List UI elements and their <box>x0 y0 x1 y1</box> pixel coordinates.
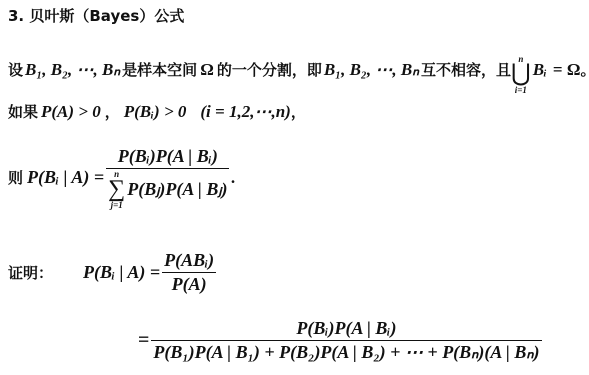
section-title: 贝叶斯（Bayes）公式 <box>29 7 184 25</box>
formula-prefix: 则 <box>8 167 23 188</box>
equals-omega: = Ω <box>553 60 581 80</box>
proof-step-1: 证明： P(Bᵢ | A) = P(ABᵢ) P(A) <box>8 250 216 295</box>
premise-text-1: 是样本空间 <box>122 59 197 80</box>
union-symbol: ⋃ <box>511 64 531 86</box>
condition-prefix: 如果 <box>8 101 38 122</box>
proof-step2-numerator: P(Bᵢ)P(A | Bᵢ) <box>294 318 398 339</box>
condition-range: (i = 1,2,⋯,n) <box>200 102 290 122</box>
condition-pa: P(A) > 0 <box>41 102 101 122</box>
proof-numerator: P(ABᵢ) <box>162 250 216 271</box>
sum-operator: n ∑ j=1 <box>108 170 125 210</box>
sum-symbol: ∑ <box>108 179 125 201</box>
proof-step2-equals: = <box>138 329 149 352</box>
fraction-bar <box>106 168 229 169</box>
denominator-term: P(Bⱼ)P(A | Bⱼ) <box>127 179 227 200</box>
premise-text-2: 的一个分割，即 <box>217 59 322 80</box>
formula-numerator: P(Bᵢ)P(A | Bᵢ) <box>116 146 220 167</box>
condition-line: 如果 P(A) > 0 ， P(Bᵢ) > 0 (i = 1,2,⋯,n) ， <box>8 101 306 122</box>
union-operator: n ⋃ i=1 <box>511 55 531 95</box>
formula-denominator: n ∑ j=1 P(Bⱼ)P(A | Bⱼ) <box>106 170 229 210</box>
condition-separator: ， <box>105 101 120 122</box>
proof-fraction: P(ABᵢ) P(A) <box>162 250 216 295</box>
union-lower-limit: i=1 <box>515 86 527 95</box>
partition-sequence-1: B₁, B₂, ⋯, Bₙ <box>25 60 120 80</box>
condition-suffix: ， <box>291 101 306 122</box>
premise-prefix: 设 <box>8 59 23 80</box>
premise-period: 。 <box>580 59 589 80</box>
formula-lhs: P(Bᵢ | A) = <box>27 167 104 188</box>
section-heading: 3. 贝叶斯（Bayes）公式 <box>8 5 184 26</box>
fraction-bar <box>162 272 216 273</box>
formula-end: . <box>231 168 235 188</box>
proof-step2-denominator: P(B₁)P(A | B₁) + P(B₂)P(A | B₂) + ⋯ + P(… <box>151 342 541 363</box>
section-number: 3. <box>8 7 24 25</box>
proof-label: 证明： <box>8 262 53 283</box>
formula-fraction: P(Bᵢ)P(A | Bᵢ) n ∑ j=1 P(Bⱼ)P(A | Bⱼ) <box>106 146 229 210</box>
proof-step2-fraction: P(Bᵢ)P(A | Bᵢ) P(B₁)P(A | B₁) + P(B₂)P(A… <box>151 318 541 363</box>
union-term: Bᵢ <box>533 60 547 80</box>
fraction-bar <box>151 340 541 341</box>
proof-step-2: = P(Bᵢ)P(A | Bᵢ) P(B₁)P(A | B₁) + P(B₂)P… <box>138 318 542 363</box>
premise-text-3: 互不相容，且 <box>421 59 511 80</box>
proof-lhs: P(Bᵢ | A) = <box>83 262 160 283</box>
sum-lower-limit: j=1 <box>111 201 123 210</box>
premise-line: 设 B₁, B₂, ⋯, Bₙ 是样本空间 Ω 的一个分割，即 B₁, B₂, … <box>8 45 589 95</box>
partition-sequence-2: B₁, B₂, ⋯, Bₙ <box>324 60 419 80</box>
condition-pbi: P(Bᵢ) > 0 <box>124 102 187 122</box>
omega-symbol: Ω <box>200 60 214 80</box>
proof-denominator: P(A) <box>170 274 209 295</box>
bayes-formula: 则 P(Bᵢ | A) = P(Bᵢ)P(A | Bᵢ) n ∑ j=1 P(B… <box>8 146 236 210</box>
